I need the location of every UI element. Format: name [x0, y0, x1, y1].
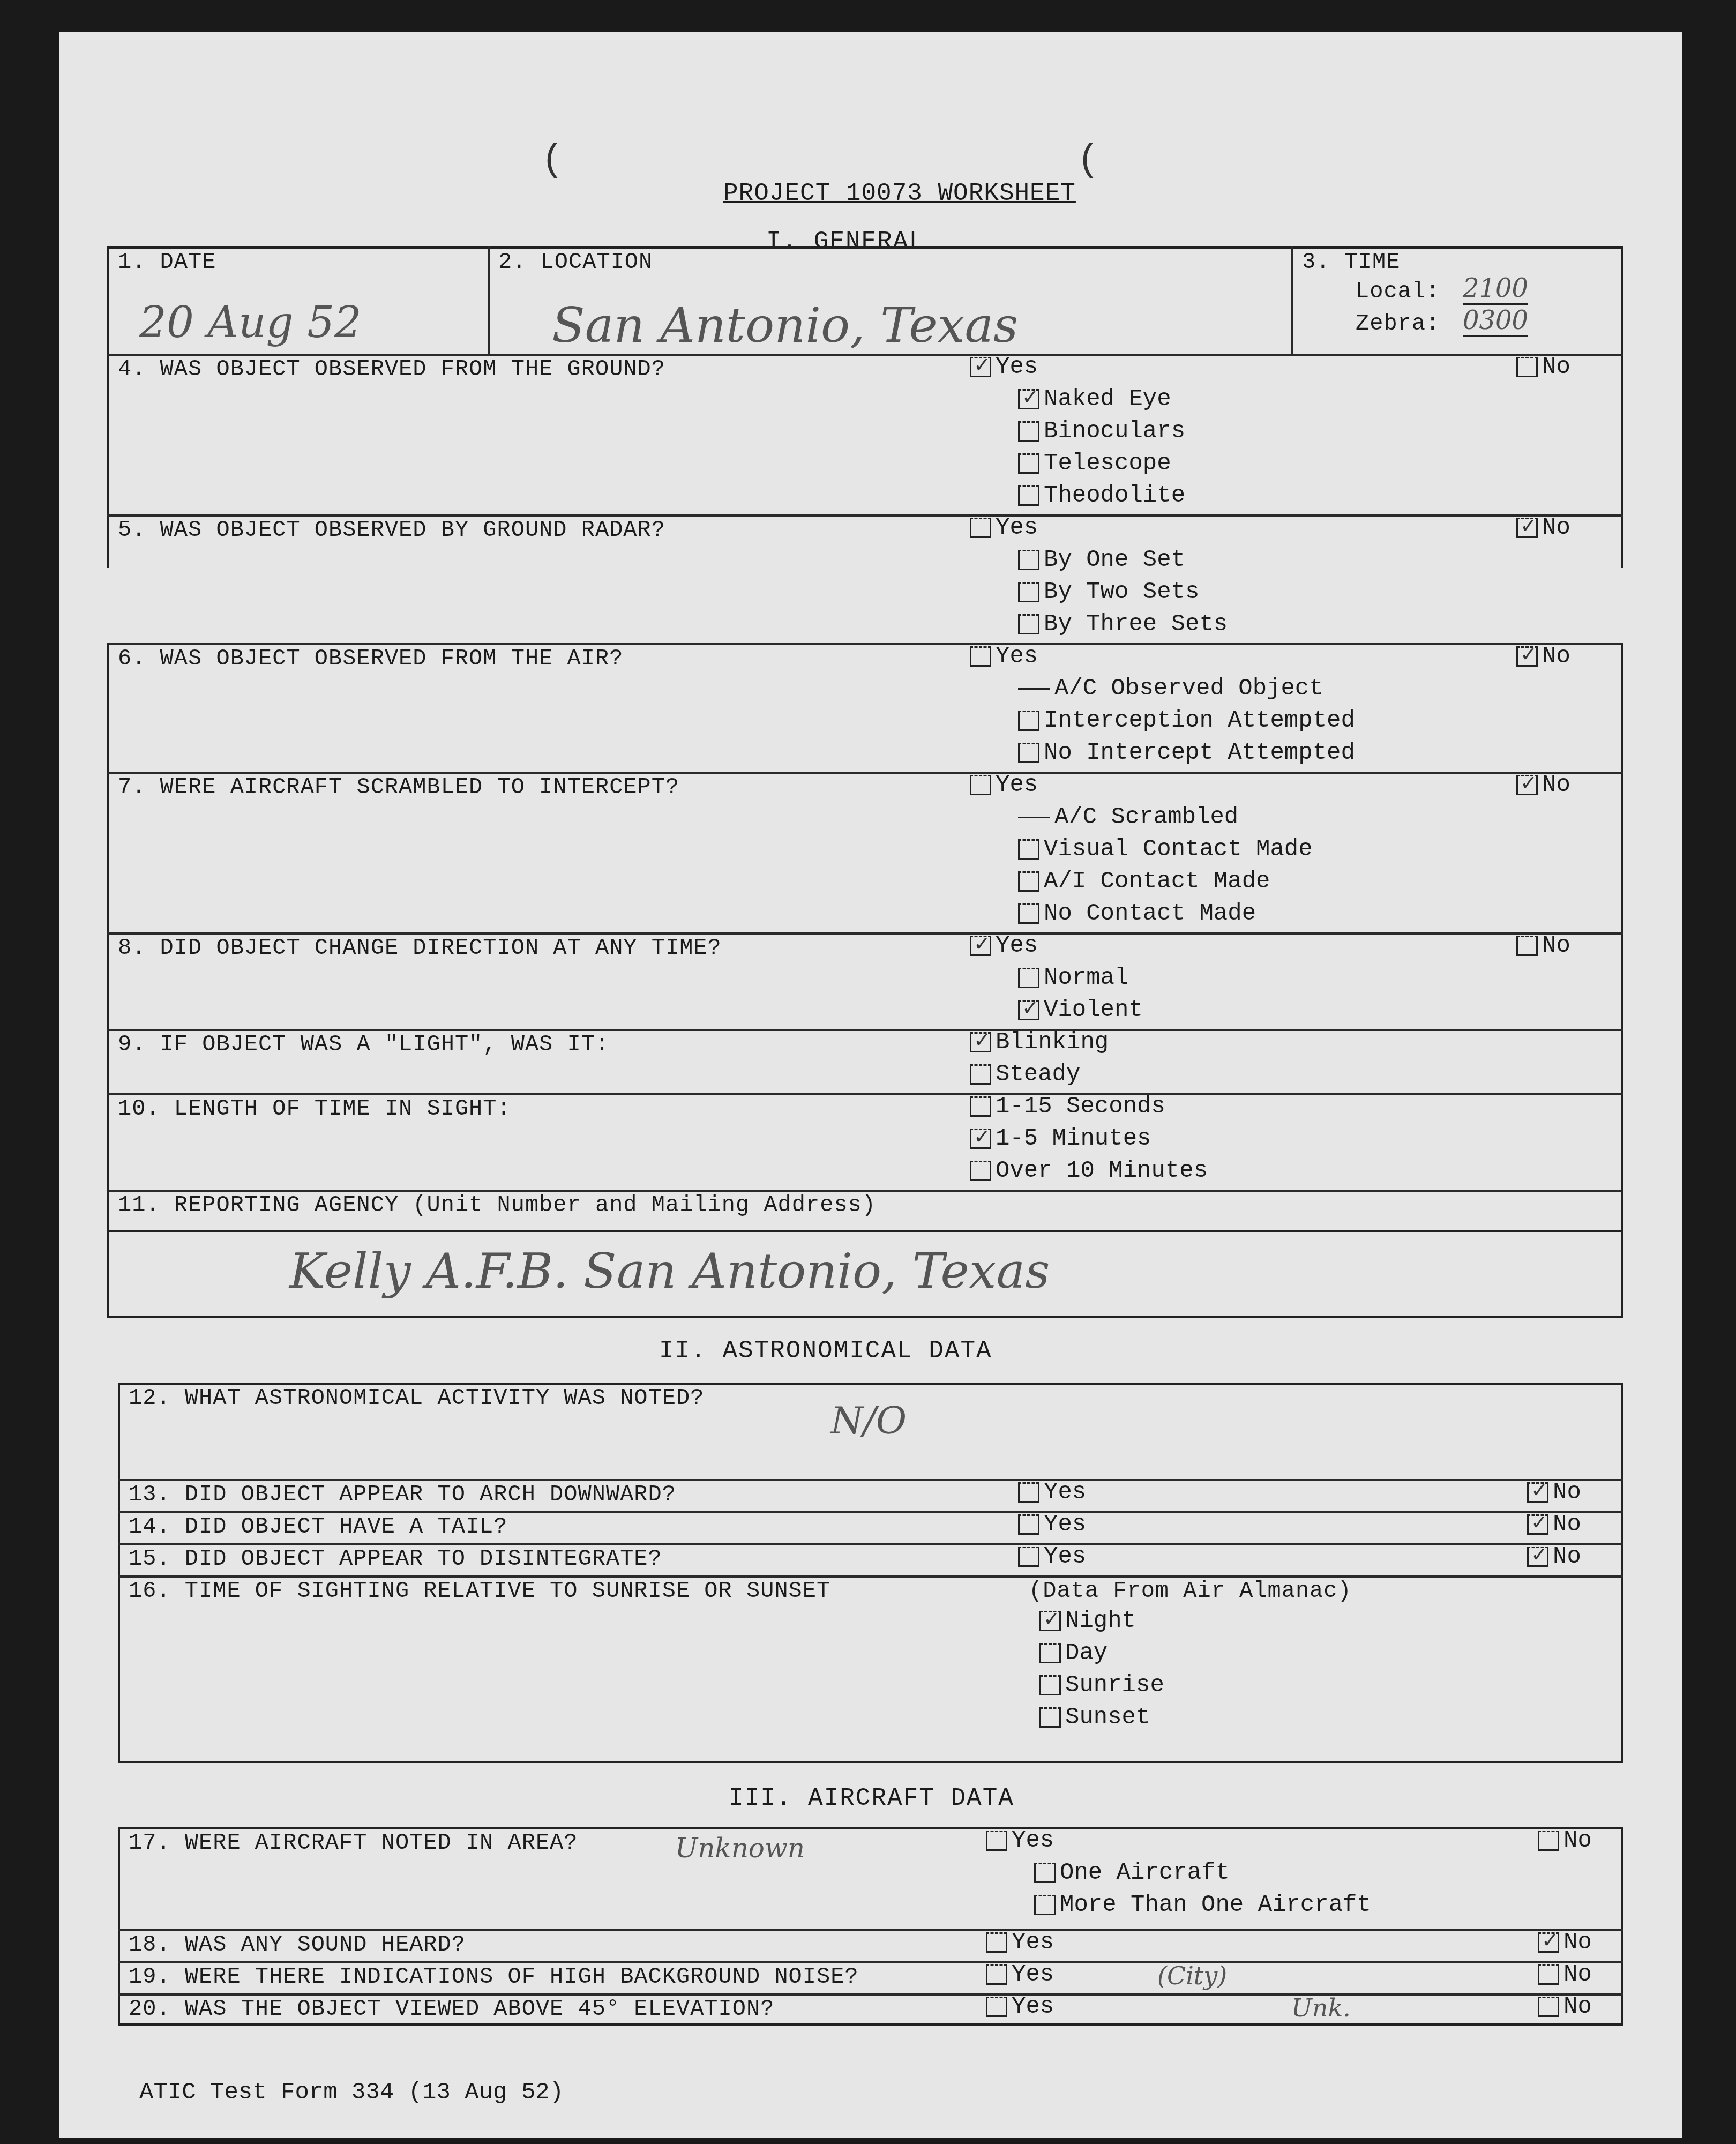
reporting-agency-value[interactable]: Kelly A.F.B. San Antonio, Texas [289, 1243, 1050, 1299]
q6-option[interactable]: Interception Attempted [1018, 707, 1355, 734]
checkbox-icon[interactable] [986, 1964, 1007, 1985]
q8-no[interactable]: No [1516, 932, 1570, 959]
option-label: Normal [1044, 965, 1128, 991]
checkbox-icon[interactable] [1538, 1932, 1559, 1953]
q7-yes[interactable]: Yes [970, 772, 1038, 798]
divider [107, 932, 1623, 935]
checkbox-icon[interactable] [970, 357, 991, 377]
q7-option[interactable]: No Contact Made [1018, 900, 1256, 927]
q12-label: 12. WHAT ASTRONOMICAL ACTIVITY WAS NOTED… [129, 1385, 704, 1411]
checkbox-icon[interactable] [1538, 1831, 1559, 1851]
option-label: 1-5 Minutes [996, 1125, 1151, 1152]
option-label: Violent [1044, 997, 1143, 1024]
checkbox-icon[interactable] [1018, 1482, 1039, 1503]
q15-no[interactable]: No [1527, 1543, 1581, 1570]
checkbox-icon[interactable] [1018, 421, 1039, 442]
q10-option[interactable]: 1-15 Seconds [970, 1093, 1165, 1120]
option-label: No [1542, 514, 1570, 541]
checkbox-icon[interactable] [1018, 1514, 1039, 1535]
checkbox-icon[interactable] [1034, 1895, 1056, 1915]
q5-yes[interactable]: Yes [970, 514, 1038, 541]
q5-option[interactable]: By Three Sets [1018, 611, 1228, 638]
checkbox-icon[interactable] [1018, 743, 1039, 763]
q19-label: 19. WERE THERE INDICATIONS OF HIGH BACKG… [129, 1964, 859, 1990]
q5-no[interactable]: No [1516, 514, 1570, 541]
q17-option[interactable]: One Aircraft [1034, 1859, 1230, 1886]
q17-yes[interactable]: Yes [986, 1827, 1054, 1854]
q16-option-day[interactable]: Day [1039, 1640, 1108, 1667]
q2-label: 2. LOCATION [498, 249, 653, 275]
checkbox-icon[interactable] [1018, 968, 1039, 988]
option-label: Telescope [1044, 450, 1171, 477]
q19-yes[interactable]: Yes [986, 1961, 1054, 1988]
q15-label: 15. DID OBJECT APPEAR TO DISINTEGRATE? [129, 1546, 662, 1572]
checkbox-icon[interactable] [970, 646, 991, 667]
divider [107, 514, 1623, 517]
checkbox-icon[interactable] [1039, 1707, 1061, 1728]
option-label: No [1553, 1511, 1581, 1538]
q18-label: 18. WAS ANY SOUND HEARD? [129, 1932, 466, 1958]
worksheet-page: ( ( PROJECT 10073 WORKSHEET I. GENERAL 1… [59, 32, 1682, 2138]
option-label: By One Set [1044, 547, 1185, 573]
q20-yes[interactable]: Yes [986, 1993, 1054, 2020]
q9-label: 9. IF OBJECT WAS A "LIGHT", WAS IT: [118, 1032, 609, 1057]
q8-option-normal[interactable]: Normal [1018, 965, 1128, 991]
checkbox-icon[interactable] [1527, 1514, 1548, 1535]
q13-yes[interactable]: Yes [1018, 1479, 1086, 1506]
option-label: No [1542, 772, 1570, 798]
location-value[interactable]: San Antonio, Texas [552, 297, 1018, 354]
option-label: By Three Sets [1044, 611, 1228, 638]
q17-label: 17. WERE AIRCRAFT NOTED IN AREA? [129, 1830, 578, 1856]
divider [118, 1479, 1623, 1481]
blank-line[interactable] [1018, 688, 1050, 690]
q8-yes[interactable]: Yes [970, 932, 1038, 959]
q17-option[interactable]: More Than One Aircraft [1034, 1892, 1371, 1918]
q16-option-night[interactable]: Night [1039, 1608, 1136, 1634]
section-aircraft: III. AIRCRAFT DATA [729, 1784, 1014, 1812]
checkbox-icon[interactable] [986, 1997, 1007, 2017]
divider [107, 1093, 1623, 1095]
checkbox-icon[interactable] [1516, 936, 1538, 956]
q15-yes[interactable]: Yes [1018, 1543, 1086, 1570]
q16-option-sunrise[interactable]: Sunrise [1039, 1672, 1164, 1699]
option-label: 1-15 Seconds [996, 1093, 1165, 1120]
checkbox-icon[interactable] [1018, 871, 1039, 892]
divider [118, 1993, 1623, 1996]
checkbox-icon[interactable] [1039, 1611, 1061, 1631]
q5-option[interactable]: By One Set [1018, 547, 1185, 573]
option-label: A/C Scrambled [1054, 804, 1238, 831]
checkbox-icon[interactable] [1039, 1675, 1061, 1695]
q4-option-telescope[interactable]: Telescope [1018, 450, 1171, 477]
option-label: Sunrise [1065, 1672, 1164, 1699]
form-footer: ATIC Test Form 334 (13 Aug 52) [139, 2079, 564, 2106]
q6-blank-option[interactable]: A/C Observed Object [1018, 675, 1323, 702]
option-label: No [1563, 1993, 1592, 2020]
option-label: No [1542, 354, 1570, 380]
checkbox-icon[interactable] [1516, 775, 1538, 795]
option-label: Yes [996, 354, 1038, 380]
checkbox-icon[interactable] [1018, 453, 1039, 474]
q7-label: 7. WERE AIRCRAFT SCRAMBLED TO INTERCEPT? [118, 774, 679, 800]
option-label: Binoculars [1044, 418, 1185, 445]
q19-note: (City) [1157, 1961, 1227, 1990]
checkbox-icon[interactable] [1538, 1997, 1559, 2017]
q17-no[interactable]: No [1538, 1827, 1592, 1854]
checkbox-icon[interactable] [970, 775, 991, 795]
checkbox-icon[interactable] [1527, 1482, 1548, 1503]
q14-yes[interactable]: Yes [1018, 1511, 1086, 1538]
option-label: Sunset [1065, 1704, 1150, 1731]
option-label: No [1542, 932, 1570, 959]
option-label: By Two Sets [1044, 579, 1199, 606]
date-value[interactable]: 20 Aug 52 [139, 297, 362, 347]
divider [118, 1543, 1623, 1545]
option-label: Yes [996, 772, 1038, 798]
option-label: Yes [996, 514, 1038, 541]
divider [107, 772, 1623, 774]
q7-no[interactable]: No [1516, 772, 1570, 798]
checkbox-icon[interactable] [1538, 1964, 1559, 1985]
divider [118, 1575, 1623, 1578]
checkbox-icon[interactable] [970, 1032, 991, 1052]
option-label: Over 10 Minutes [996, 1157, 1208, 1184]
option-label: Night [1065, 1608, 1136, 1634]
q4-option-theodolite[interactable]: Theodolite [1018, 482, 1185, 509]
option-label: Yes [1044, 1479, 1086, 1506]
option-label: Steady [996, 1061, 1080, 1088]
checkbox-icon[interactable] [970, 1064, 991, 1085]
option-label: Interception Attempted [1044, 707, 1355, 734]
q20-label: 20. WAS THE OBJECT VIEWED ABOVE 45° ELEV… [129, 1996, 774, 2022]
punch-mark: ( [541, 139, 564, 182]
option-label: One Aircraft [1060, 1859, 1230, 1886]
blank-line[interactable] [1018, 817, 1050, 818]
option-label: No [1553, 1543, 1581, 1570]
astronomical-activity-value[interactable]: N/O [830, 1399, 907, 1443]
q20-no[interactable]: No [1538, 1993, 1592, 2020]
option-label: Theodolite [1044, 482, 1185, 509]
q14-no[interactable]: No [1527, 1511, 1581, 1538]
option-label: No [1563, 1929, 1592, 1956]
q4-no[interactable]: No [1516, 354, 1570, 380]
punch-mark: ( [1077, 139, 1099, 182]
checkbox-icon[interactable] [970, 1161, 991, 1181]
q4-label: 4. WAS OBJECT OBSERVED FROM THE GROUND? [118, 356, 665, 382]
checkbox-icon[interactable] [1018, 550, 1039, 570]
q9-option-blinking[interactable]: Blinking [970, 1029, 1109, 1056]
checkbox-icon[interactable] [986, 1831, 1007, 1851]
q18-yes[interactable]: Yes [986, 1929, 1054, 1956]
q20-note: Unk. [1291, 1993, 1351, 2022]
q8-label: 8. DID OBJECT CHANGE DIRECTION AT ANY TI… [118, 935, 722, 961]
q4-yes[interactable]: Yes [970, 354, 1038, 380]
checkbox-icon[interactable] [1018, 1547, 1039, 1567]
option-label: Naked Eye [1044, 386, 1171, 413]
option-label: Day [1065, 1640, 1108, 1667]
option-label: More Than One Aircraft [1060, 1892, 1371, 1918]
option-label: No [1542, 643, 1570, 670]
checkbox-icon[interactable] [1018, 1000, 1039, 1020]
option-label: Yes [1012, 1827, 1054, 1854]
option-label: A/C Observed Object [1054, 675, 1323, 702]
checkbox-icon[interactable] [1018, 389, 1039, 409]
q5-option[interactable]: By Two Sets [1018, 579, 1199, 606]
q13-no[interactable]: No [1527, 1479, 1581, 1506]
divider [118, 1511, 1623, 1513]
checkbox-icon[interactable] [1516, 357, 1538, 377]
q3-label: 3. TIME [1302, 249, 1400, 275]
aircraft-noted-value[interactable]: Unknown [675, 1833, 805, 1864]
q8-option-violent[interactable]: Violent [1018, 997, 1143, 1024]
q6-label: 6. WAS OBJECT OBSERVED FROM THE AIR? [118, 646, 623, 671]
q4-option-naked-eye[interactable]: Naked Eye [1018, 386, 1171, 413]
checkbox-icon[interactable] [970, 936, 991, 956]
q10-option[interactable]: 1-5 Minutes [970, 1125, 1151, 1152]
option-label: Blinking [996, 1029, 1109, 1056]
zebra-time-value[interactable]: 0300 [1463, 305, 1528, 337]
q18-no[interactable]: No [1538, 1929, 1592, 1956]
divider [107, 1029, 1623, 1031]
checkbox-icon[interactable] [1516, 518, 1538, 538]
divider [118, 1929, 1623, 1931]
divider [107, 354, 1623, 356]
q4-option-binoculars[interactable]: Binoculars [1018, 418, 1185, 445]
option-label: Yes [1044, 1511, 1086, 1538]
q16-option-sunset[interactable]: Sunset [1039, 1704, 1150, 1731]
checkbox-icon[interactable] [970, 1096, 991, 1117]
q7-option[interactable]: Visual Contact Made [1018, 836, 1313, 863]
section-astronomical: II. ASTRONOMICAL DATA [659, 1337, 992, 1365]
option-label: Yes [1012, 1961, 1054, 1988]
q11-label: 11. REPORTING AGENCY (Unit Number and Ma… [118, 1192, 876, 1218]
divider [488, 246, 490, 354]
q6-no[interactable]: No [1516, 643, 1570, 670]
checkbox-icon[interactable] [986, 1932, 1007, 1953]
checkbox-icon[interactable] [970, 1129, 991, 1149]
q19-no[interactable]: No [1538, 1961, 1592, 1988]
checkbox-icon[interactable] [1018, 903, 1039, 924]
checkbox-icon[interactable] [1018, 485, 1039, 506]
option-label: No [1563, 1961, 1592, 1988]
q1-label: 1. DATE [118, 249, 216, 275]
document-title: PROJECT 10073 WORKSHEET [723, 180, 1076, 207]
option-label: Yes [996, 643, 1038, 670]
option-label: Yes [996, 932, 1038, 959]
option-label: Yes [1012, 1929, 1054, 1956]
q9-option-steady[interactable]: Steady [970, 1061, 1080, 1088]
checkbox-icon[interactable] [1039, 1643, 1061, 1663]
checkbox-icon[interactable] [1018, 839, 1039, 860]
divider [1291, 246, 1293, 354]
checkbox-icon[interactable] [1018, 582, 1039, 602]
q6-yes[interactable]: Yes [970, 643, 1038, 670]
option-label: No Contact Made [1044, 900, 1256, 927]
q14-label: 14. DID OBJECT HAVE A TAIL? [129, 1514, 508, 1540]
checkbox-icon[interactable] [1034, 1863, 1056, 1883]
q13-label: 13. DID OBJECT APPEAR TO ARCH DOWNWARD? [129, 1482, 676, 1507]
q7-blank-option[interactable]: A/C Scrambled [1018, 804, 1238, 831]
q10-option[interactable]: Over 10 Minutes [970, 1157, 1208, 1184]
checkbox-icon[interactable] [1516, 646, 1538, 667]
option-label: Yes [1012, 1993, 1054, 2020]
checkbox-icon[interactable] [1018, 614, 1039, 634]
local-time-label: Local: [1356, 279, 1440, 304]
option-label: Yes [1044, 1543, 1086, 1570]
option-label: A/I Contact Made [1044, 868, 1270, 895]
option-label: Visual Contact Made [1044, 836, 1313, 863]
checkbox-icon[interactable] [1527, 1547, 1548, 1567]
checkbox-icon[interactable] [1018, 711, 1039, 731]
q5-label: 5. WAS OBJECT OBSERVED BY GROUND RADAR? [118, 517, 665, 543]
option-label: No [1563, 1827, 1592, 1854]
q16-note: (Data From Air Almanac) [1029, 1578, 1352, 1604]
divider [118, 1961, 1623, 1963]
q6-option[interactable]: No Intercept Attempted [1018, 739, 1355, 766]
q7-option[interactable]: A/I Contact Made [1018, 868, 1270, 895]
zebra-time-label: Zebra: [1356, 311, 1440, 337]
q16-label: 16. TIME OF SIGHTING RELATIVE TO SUNRISE… [129, 1578, 830, 1604]
local-time-value[interactable]: 2100 [1463, 273, 1528, 305]
option-label: No [1553, 1479, 1581, 1506]
checkbox-icon[interactable] [970, 518, 991, 538]
q10-label: 10. LENGTH OF TIME IN SIGHT: [118, 1096, 511, 1122]
option-label: No Intercept Attempted [1044, 739, 1355, 766]
